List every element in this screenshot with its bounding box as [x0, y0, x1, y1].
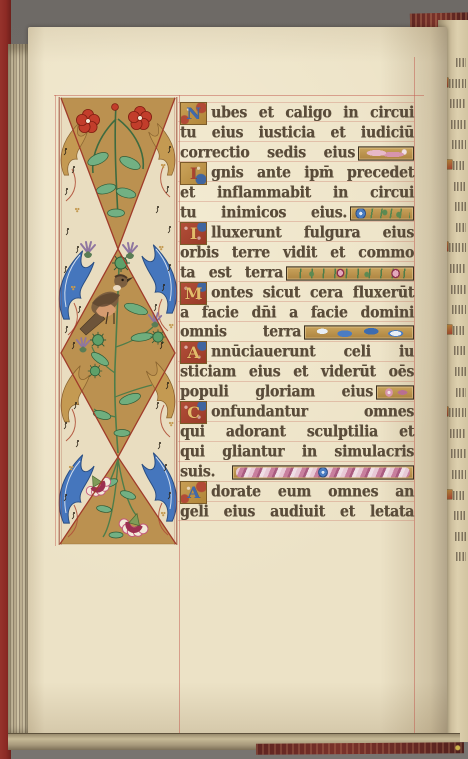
facing-page-text-fragment [452, 470, 466, 479]
facing-page-text-fragment [452, 305, 466, 314]
line-filler-ornament [286, 266, 414, 280]
facing-page-text-fragment [450, 429, 466, 438]
facing-page-text-fragment [451, 120, 466, 129]
line-filler-ornament [304, 326, 414, 340]
line-text: ta est terra [180, 262, 283, 284]
facing-page-text-fragment [451, 449, 466, 458]
facing-page-text-fragment [450, 99, 466, 108]
manuscript-photo: Nubes et caligo in circuitu eius iustici… [0, 0, 468, 759]
line-text: lluxerunt fulgura eius [211, 222, 414, 244]
line-text: ontes sicut cera fluxerūt [211, 281, 414, 303]
line-text: correctio sedis eius [180, 142, 355, 164]
facing-page-red-fore-edge [256, 742, 464, 754]
manuscript-page: Nubes et caligo in circuitu eius iustici… [28, 27, 447, 739]
facing-page-text-fragment [452, 140, 466, 149]
line-text: gnis ante ipm̄ precedet [211, 162, 414, 184]
facing-page-text-fragment [455, 532, 466, 541]
line-text: orbis terre vidit et commo [180, 242, 414, 264]
facing-page-text-fragment [455, 367, 466, 376]
facing-page-text-fragment [454, 182, 466, 191]
facing-page-text-fragment [456, 552, 466, 561]
facing-page-text-fragment [451, 285, 466, 294]
line-text: tu inimicos eius. [180, 202, 347, 224]
line-text: geli eius audiuit et letata [180, 501, 414, 523]
facing-page-text-fragment [449, 79, 466, 88]
facing-page-text-fragment [454, 511, 466, 520]
facing-page-text-fragment [450, 264, 466, 273]
line-filler-ornament [232, 465, 414, 479]
ruling-line [55, 95, 56, 546]
line-text: qui gliantur in simulacris [180, 441, 414, 463]
line-text: tu eius iusticia et iudiciū [180, 122, 414, 144]
line-text: onfundantur omnes [211, 401, 414, 423]
facing-page-text-fragment [456, 388, 466, 397]
facing-page-text-fragment [449, 243, 466, 252]
illuminated-border-panel [58, 97, 178, 545]
line-text: ubes et caligo in circui [211, 102, 414, 124]
facing-page-text-fragment [454, 346, 466, 355]
line-text: qui adorant sculptilia et [180, 421, 414, 443]
ruling-line [54, 95, 424, 96]
facing-page-text-fragment [456, 58, 466, 67]
text-line: geli eius audiuit et letata [180, 501, 416, 524]
line-filler-ornament [350, 206, 414, 220]
line-text: dorate eum omnes an [211, 481, 414, 503]
line-text: suis. [180, 461, 229, 483]
line-filler-ornament [376, 386, 414, 400]
facing-page-text-fragment [453, 326, 466, 335]
line-text: populi gloriam eius [180, 381, 373, 403]
line-text: et inflammabit in circui [180, 182, 414, 204]
facing-page-text-fragment [455, 202, 466, 211]
facing-page-text-fragment [449, 408, 466, 417]
facing-page-text-fragment [453, 491, 466, 500]
facing-page-text-fragment [456, 223, 466, 232]
line-filler-ornament [358, 146, 414, 160]
facing-page-text-fragment [453, 161, 466, 170]
